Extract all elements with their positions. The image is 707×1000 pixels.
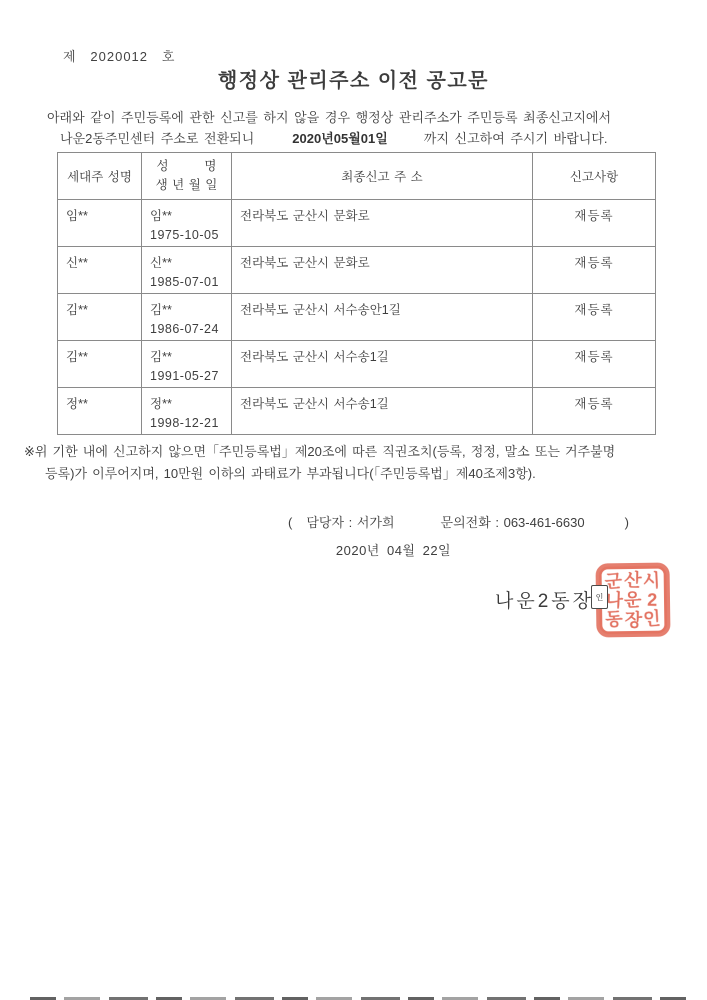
intro-line-2: 나운2동주민센터 주소로 전환되니2020년05월01일까지 신고하여 주시기 … bbox=[47, 128, 662, 149]
cell-report: 재등록 bbox=[533, 247, 656, 294]
paren-close: ) bbox=[625, 515, 629, 530]
table-row: 정** 정**1998-12-21 전라북도 군산시 서수송1길 재등록 bbox=[58, 388, 656, 435]
cell-birth: 1991-05-27 bbox=[150, 369, 223, 383]
intro-line-1: 아래와 같이 주민등록에 관한 신고를 하지 않을 경우 행정상 관리주소가 주… bbox=[47, 107, 662, 128]
cell-name-birth: 김**1986-07-24 bbox=[142, 294, 232, 341]
page-title: 행정상 관리주소 이전 공고문 bbox=[0, 64, 707, 93]
cell-name: 김** bbox=[150, 350, 172, 364]
table-header-row: 세대주 성명 성 명 생 년 월 일 최종신고 주 소 신고사항 bbox=[58, 153, 656, 200]
cell-name-birth: 정**1998-12-21 bbox=[142, 388, 232, 435]
cell-householder: 임** bbox=[58, 200, 142, 247]
cell-name: 김** bbox=[150, 303, 172, 317]
seal-char: 운 bbox=[624, 590, 643, 611]
seal-char: 산 bbox=[624, 569, 642, 590]
seal-char: 인 bbox=[643, 607, 662, 629]
intro-line2-pre: 나운2동주민센터 주소로 전환되니 bbox=[60, 131, 254, 146]
seal-char: 나 bbox=[605, 589, 624, 611]
table-row: 김** 김**1986-07-24 전라북도 군산시 서수송안1길 재등록 bbox=[58, 294, 656, 341]
cell-householder: 신** bbox=[58, 247, 142, 294]
contact-staff: 담당자 : 서가희 bbox=[306, 515, 394, 530]
cell-address: 전라북도 군산시 서수송1길 bbox=[232, 341, 533, 388]
notice-table: 세대주 성명 성 명 생 년 월 일 최종신고 주 소 신고사항 임** 임**… bbox=[57, 152, 656, 435]
seal-char: 시 bbox=[642, 570, 660, 591]
cell-address: 전라북도 군산시 서수송안1길 bbox=[232, 294, 533, 341]
seal-char: 2 bbox=[647, 590, 657, 610]
cell-householder: 김** bbox=[58, 341, 142, 388]
document-number: 제 2020012 호 bbox=[63, 46, 175, 65]
footnote-line-1: ※위 기한 내에 신고하지 않으면「주민등록법」제20조에 따른 직권조치(등록… bbox=[24, 441, 672, 463]
cell-report: 재등록 bbox=[533, 388, 656, 435]
cell-birth: 1986-07-24 bbox=[150, 322, 223, 336]
cell-address: 전라북도 군산시 문화로 bbox=[232, 200, 533, 247]
deadline-date: 2020년05월01일 bbox=[292, 131, 388, 146]
legal-footnote: ※위 기한 내에 신고하지 않으면「주민등록법」제20조에 따른 직권조치(등록… bbox=[24, 441, 672, 485]
cell-name: 신** bbox=[150, 256, 172, 270]
signature-block: 나운2동장 인 군 산 시 나 운 2 동 장 인 bbox=[495, 560, 685, 650]
col-header-householder: 세대주 성명 bbox=[58, 153, 142, 200]
cell-birth: 1985-07-01 bbox=[150, 275, 223, 289]
cell-address: 전라북도 군산시 서수송1길 bbox=[232, 388, 533, 435]
cell-report: 재등록 bbox=[533, 200, 656, 247]
signer-title: 나운2동장 bbox=[495, 586, 594, 613]
seal-placeholder-box: 인 bbox=[591, 585, 608, 609]
table-row: 김** 김**1991-05-27 전라북도 군산시 서수송1길 재등록 bbox=[58, 341, 656, 388]
cell-householder: 정** bbox=[58, 388, 142, 435]
col-header-name-birth: 성 명 생 년 월 일 bbox=[142, 153, 232, 200]
contact-line: (담당자 : 서가희문의전화 : 063-461-6630) bbox=[288, 512, 629, 531]
intro-paragraph: 아래와 같이 주민등록에 관한 신고를 하지 않을 경우 행정상 관리주소가 주… bbox=[47, 107, 662, 149]
cell-name-birth: 신**1985-07-01 bbox=[142, 247, 232, 294]
cell-name-birth: 임**1975-10-05 bbox=[142, 200, 232, 247]
issue-date: 2020년 04월 22일 bbox=[0, 540, 707, 559]
cell-report: 재등록 bbox=[533, 341, 656, 388]
cell-birth: 1998-12-21 bbox=[150, 416, 223, 430]
cell-name: 정** bbox=[150, 397, 172, 411]
scanned-notice-document: { "doc": { "doc_no_line": "제 2020012 호",… bbox=[0, 0, 707, 1000]
footnote-line-2: 등록)가 이루어지며, 10만원 이하의 과태료가 부과됩니다(「주민등록법」제… bbox=[24, 463, 672, 485]
contact-phone: 문의전화 : 063-461-6630 bbox=[441, 515, 585, 530]
intro-line2-post: 까지 신고하여 주시기 바랍니다. bbox=[424, 131, 608, 146]
col-header-report: 신고사항 bbox=[533, 153, 656, 200]
seal-char: 동 bbox=[605, 609, 624, 630]
cell-birth: 1975-10-05 bbox=[150, 228, 223, 242]
table-row: 임** 임**1975-10-05 전라북도 군산시 문화로 재등록 bbox=[58, 200, 656, 247]
table-row: 신** 신**1985-07-01 전라북도 군산시 문화로 재등록 bbox=[58, 247, 656, 294]
col-header-address: 최종신고 주 소 bbox=[232, 153, 533, 200]
seal-char: 장 bbox=[625, 609, 643, 630]
cell-name: 임** bbox=[150, 209, 172, 223]
cell-report: 재등록 bbox=[533, 294, 656, 341]
cell-name-birth: 김**1991-05-27 bbox=[142, 341, 232, 388]
cell-householder: 김** bbox=[58, 294, 142, 341]
cell-address: 전라북도 군산시 문화로 bbox=[232, 247, 533, 294]
paren-open: ( bbox=[288, 515, 292, 530]
